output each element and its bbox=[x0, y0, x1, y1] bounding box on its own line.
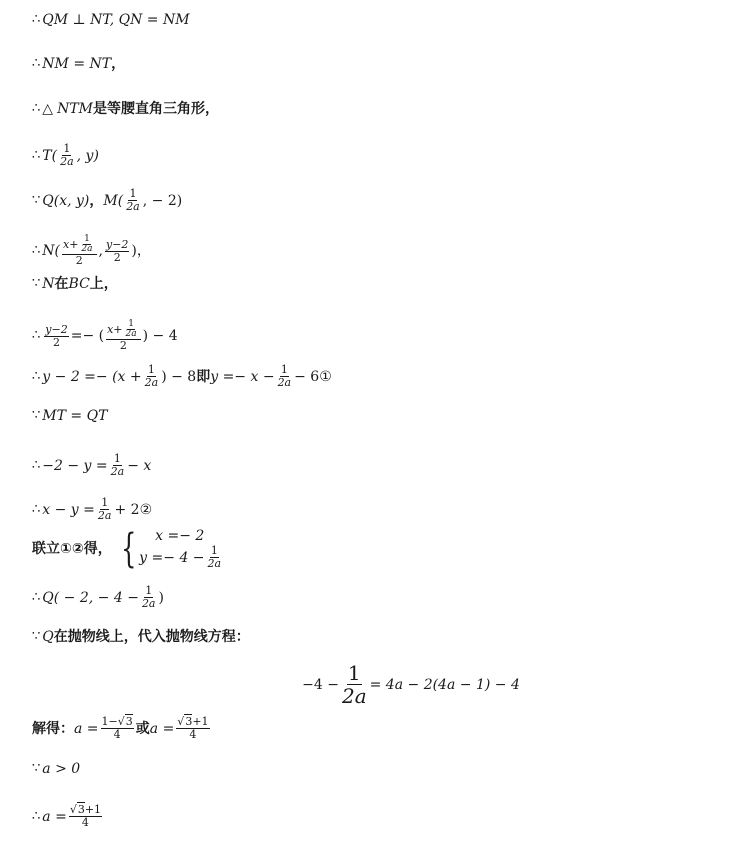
denominator: 2a bbox=[59, 156, 75, 168]
display-equation: −4 − 1 2a = 4a − 2(4a − 1) − 4 bbox=[302, 662, 520, 707]
therefore-symbol: ∴ bbox=[32, 368, 40, 386]
equation-part: −2 − y = bbox=[42, 457, 107, 475]
denominator: 4 bbox=[81, 817, 90, 829]
plus-one: +1 bbox=[85, 803, 101, 816]
segment-nm: NM bbox=[163, 11, 190, 29]
fraction-x-midpoint: x+ 1 2a 2 bbox=[62, 235, 97, 267]
combine-text: 联立①②得， bbox=[32, 540, 112, 558]
fraction-1-over-2a: 1 2a bbox=[125, 320, 138, 339]
denominator: 2a bbox=[125, 201, 141, 213]
line-11: ∴ −2 − y = 1 2a − x bbox=[32, 453, 151, 478]
equals-sign: = bbox=[142, 11, 163, 29]
segment-nm: NM bbox=[42, 55, 69, 73]
equation-part: a = bbox=[150, 720, 175, 738]
denominator: 2a bbox=[141, 598, 157, 610]
denominator: 2 bbox=[113, 252, 122, 264]
point-q: Q(x, y) bbox=[42, 192, 89, 210]
denominator: 2 bbox=[52, 337, 61, 349]
denominator: 4 bbox=[188, 729, 197, 741]
point-q: Q bbox=[42, 628, 53, 646]
therefore-symbol: ∴ bbox=[32, 147, 40, 165]
fraction-1-over-2a: 1 2a bbox=[80, 235, 93, 254]
point-n: N bbox=[42, 275, 54, 293]
sqrt-icon: √ bbox=[70, 803, 77, 816]
denominator: 2a bbox=[125, 330, 138, 339]
line-1: ∴ QM ⊥ NT, QN = NM bbox=[32, 11, 190, 29]
point-m: M( bbox=[103, 192, 123, 210]
line-14: ∴ Q( − 2, − 4 − 1 2a ) bbox=[32, 585, 164, 610]
x-plus: x+ bbox=[107, 324, 122, 336]
fraction-x-midpoint: x+ 1 2a 2 bbox=[106, 320, 141, 352]
denominator: 4 bbox=[113, 729, 122, 741]
fraction-1-over-2a: 1 2a bbox=[125, 188, 141, 213]
fraction-1-over-2a: 1 2a bbox=[144, 364, 160, 389]
denominator: 2a bbox=[80, 245, 93, 254]
system-row-2: y =− 4 − 1 2a bbox=[139, 545, 224, 570]
line-7: ∵ N 在 BC 上， bbox=[32, 275, 118, 293]
therefore-symbol: ∴ bbox=[32, 11, 40, 29]
perp-symbol: ⊥ bbox=[68, 11, 90, 29]
numerator: x+ 1 2a bbox=[62, 235, 97, 255]
fraction-1-over-2a-large: 1 2a bbox=[341, 662, 368, 707]
equation-system: { x =− 2 y =− 4 − 1 2a bbox=[116, 527, 224, 570]
line-3: ∴ △ NTM 是等腰直角三角形， bbox=[32, 100, 219, 118]
equals-minus: =− ( bbox=[71, 327, 104, 345]
fraction-y-midpoint: y−2 2 bbox=[105, 239, 129, 264]
line-12: ∴ x − y = 1 2a + 2 ② bbox=[32, 497, 152, 522]
paren-close: ) bbox=[159, 589, 164, 607]
line-bc: BC bbox=[69, 275, 90, 293]
denominator: 2a bbox=[110, 466, 126, 478]
equation-part: ) − 8 bbox=[161, 368, 196, 386]
statement-text: 在抛物线上，代入抛物线方程： bbox=[54, 628, 250, 646]
because-symbol: ∵ bbox=[32, 628, 40, 646]
equation-part: −4 − bbox=[302, 677, 339, 693]
equation-part: y − 2 =− (x + bbox=[42, 368, 141, 386]
fraction-root-1: 1−√3 4 bbox=[101, 716, 134, 741]
numerator: y−2 bbox=[105, 239, 129, 252]
plus-one: +1 bbox=[192, 715, 208, 728]
statement-text: 是等腰直角三角形， bbox=[93, 100, 219, 118]
text-above: 上， bbox=[90, 275, 118, 293]
triangle-ntm: NTM bbox=[57, 100, 93, 118]
point-t: T( bbox=[42, 147, 57, 165]
line-5: ∵ Q(x, y) ， M( 1 2a , − 2) bbox=[32, 188, 182, 213]
equation-part: a = bbox=[74, 720, 99, 738]
fraction-y-midpoint: y−2 2 bbox=[44, 324, 68, 349]
fraction-1-over-2a: 1 2a bbox=[277, 364, 293, 389]
equation-part: x − y = bbox=[42, 501, 95, 519]
equation-part: y =− 4 − bbox=[139, 549, 204, 567]
therefore-symbol: ∴ bbox=[32, 100, 40, 118]
denominator: 2a bbox=[97, 510, 113, 522]
sqrt-icon: √ bbox=[118, 715, 125, 728]
line-6: ∴ N( x+ 1 2a 2 , y−2 2 )， bbox=[32, 235, 151, 267]
denominator: 2a bbox=[144, 377, 160, 389]
fraction-1-over-2a: 1 2a bbox=[141, 585, 157, 610]
coord-tail: )， bbox=[131, 242, 150, 260]
therefore-symbol: ∴ bbox=[32, 501, 40, 519]
system-rows: x =− 2 y =− 4 − 1 2a bbox=[139, 527, 224, 570]
equation-part: y =− x − bbox=[210, 368, 274, 386]
because-symbol: ∵ bbox=[32, 760, 40, 778]
equation-tail: ) − 4 bbox=[143, 327, 178, 345]
line-4: ∴ T( 1 2a , y) bbox=[32, 143, 99, 168]
fraction-1-over-2a: 1 2a bbox=[97, 497, 113, 522]
solve-text: 解得： bbox=[32, 720, 74, 738]
denominator: 2a bbox=[207, 558, 223, 570]
text-on: 在 bbox=[55, 275, 69, 293]
line-18: ∵ a > 0 bbox=[32, 760, 80, 778]
circled-one-icon: ① bbox=[319, 368, 332, 386]
numerator: x+ 1 2a bbox=[106, 320, 141, 340]
system-row-1: x =− 2 bbox=[139, 527, 224, 545]
equation-part: a = bbox=[42, 808, 67, 826]
because-symbol: ∵ bbox=[32, 407, 40, 425]
left-brace-icon: { bbox=[121, 529, 136, 569]
line-17: 解得： a = 1−√3 4 或 a = √3+1 4 bbox=[32, 716, 212, 741]
line-13: 联立①②得， { x =− 2 y =− 4 − 1 2a bbox=[32, 527, 224, 570]
fraction-root-2: √3+1 4 bbox=[69, 804, 102, 829]
comma: ， bbox=[111, 55, 125, 73]
line-10: ∵ MT = QT bbox=[32, 407, 107, 425]
because-symbol: ∵ bbox=[32, 192, 40, 210]
comma: , bbox=[99, 242, 103, 260]
fraction-root-2: √3+1 4 bbox=[176, 716, 209, 741]
text-namely: 即 bbox=[196, 368, 210, 386]
fraction-1-over-2a: 1 2a bbox=[207, 545, 223, 570]
equation-part: − 6 bbox=[294, 368, 319, 386]
therefore-symbol: ∴ bbox=[32, 457, 40, 475]
circled-two-icon: ② bbox=[140, 501, 153, 519]
segment-qm: QM bbox=[42, 11, 68, 29]
point-n: N( bbox=[42, 242, 60, 260]
equals-sign: = bbox=[69, 55, 90, 73]
triangle-symbol: △ bbox=[42, 100, 53, 118]
therefore-symbol: ∴ bbox=[32, 55, 40, 73]
equation-part: − x bbox=[127, 457, 151, 475]
denominator: 2 bbox=[119, 340, 128, 352]
inequality: a > 0 bbox=[42, 760, 80, 778]
segment-nt-qn: NT, QN bbox=[90, 11, 142, 29]
line-9: ∴ y − 2 =− (x + 1 2a ) − 8 即 y =− x − 1 … bbox=[32, 364, 332, 389]
numerator: y−2 bbox=[44, 324, 68, 337]
numerator: 1 bbox=[347, 662, 362, 685]
equation-part: = 4a − 2(4a − 1) − 4 bbox=[370, 677, 520, 693]
radicand: 3 bbox=[125, 714, 133, 728]
equation-part: + 2 bbox=[114, 501, 139, 519]
point-q: Q( − 2, − 4 − bbox=[42, 589, 139, 607]
perp-glyph: ⊥ bbox=[73, 12, 86, 28]
equation: MT = QT bbox=[42, 407, 107, 425]
coord-tail: , − 2) bbox=[143, 192, 182, 210]
fraction-1-over-2a: 1 2a bbox=[110, 453, 126, 478]
one-minus: 1− bbox=[102, 715, 118, 728]
radicand: 3 bbox=[77, 802, 85, 816]
line-15: ∵ Q 在抛物线上，代入抛物线方程： bbox=[32, 628, 250, 646]
denominator: 2 bbox=[75, 255, 84, 267]
denominator: 2a bbox=[341, 685, 368, 707]
line-8: ∴ y−2 2 =− ( x+ 1 2a 2 ) − 4 bbox=[32, 320, 178, 352]
text-or: 或 bbox=[136, 720, 150, 738]
therefore-symbol: ∴ bbox=[32, 589, 40, 607]
fraction-1-over-2a: 1 2a bbox=[59, 143, 75, 168]
therefore-symbol: ∴ bbox=[32, 242, 40, 260]
comma: ， bbox=[89, 192, 103, 210]
line-19: ∴ a = √3+1 4 bbox=[32, 804, 104, 829]
line-16-display-equation: −4 − 1 2a = 4a − 2(4a − 1) − 4 bbox=[0, 662, 732, 707]
coord-tail: , y) bbox=[77, 147, 99, 165]
therefore-symbol: ∴ bbox=[32, 808, 40, 826]
because-symbol: ∵ bbox=[32, 275, 40, 293]
line-2: ∴ NM = NT ， bbox=[32, 55, 125, 73]
denominator: 2a bbox=[277, 377, 293, 389]
segment-nt: NT bbox=[90, 55, 112, 73]
x-plus: x+ bbox=[63, 239, 78, 251]
therefore-symbol: ∴ bbox=[32, 327, 40, 345]
